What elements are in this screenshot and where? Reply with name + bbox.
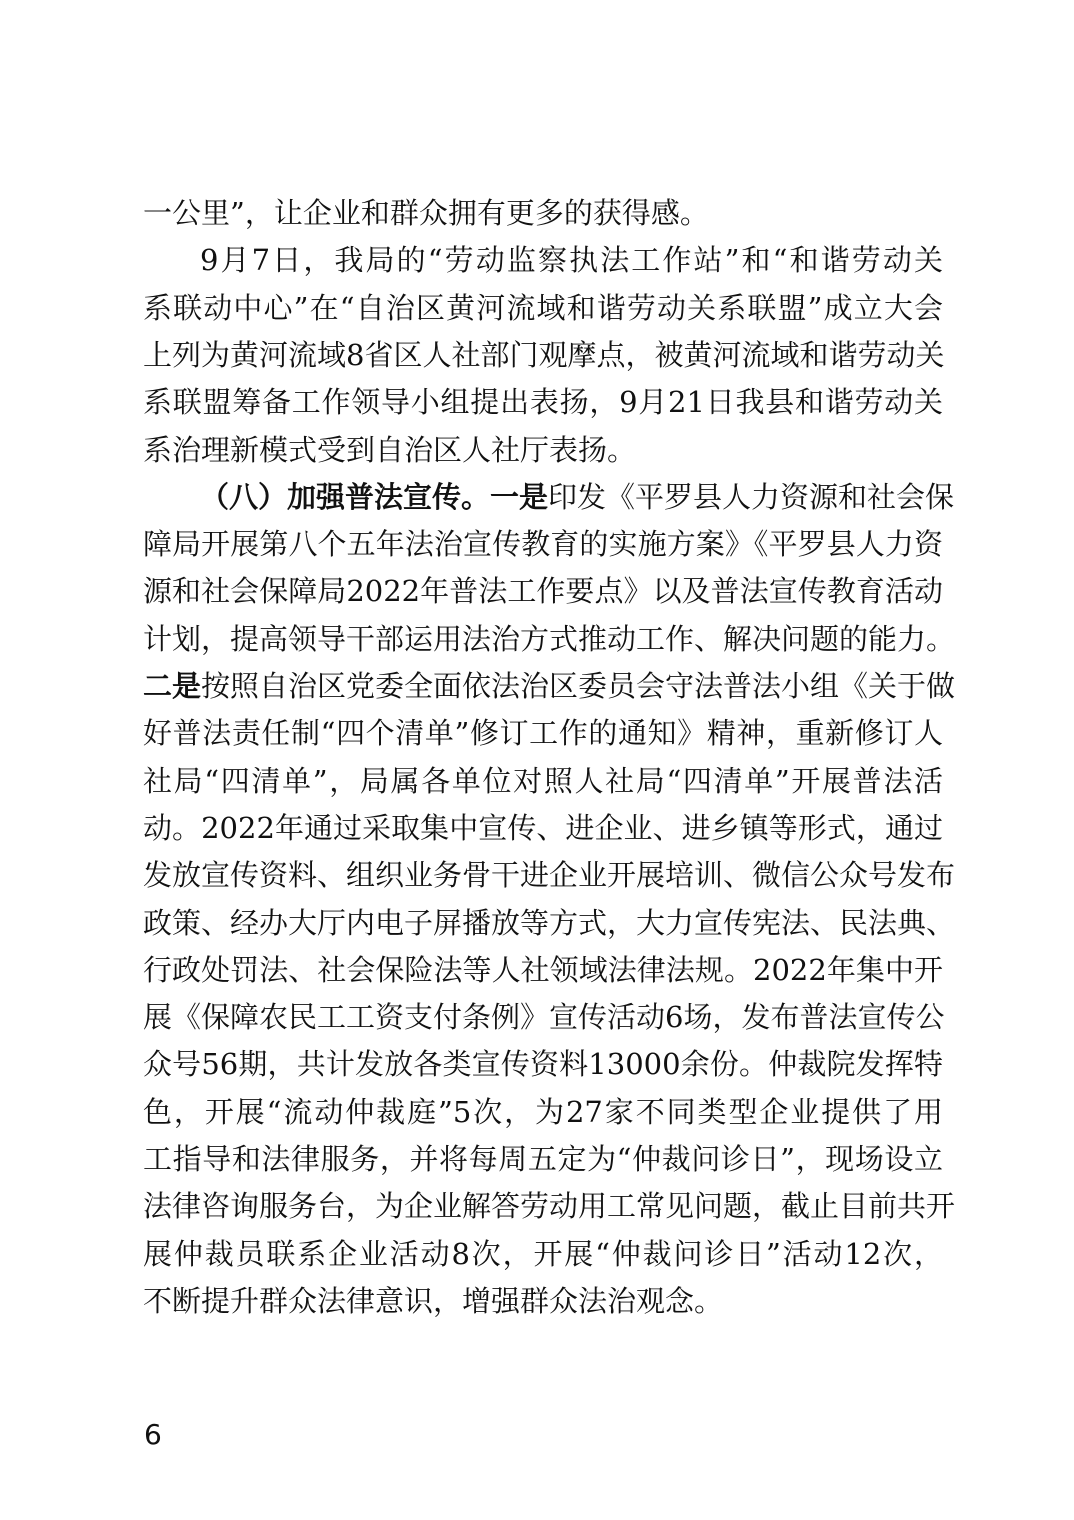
line-text: 动。2022年通过采取集中宣传、进企业、进乡镇等形式，通过: [143, 811, 943, 845]
text-line: 不断提升群众法律意识，增强群众法治观念。: [143, 1281, 943, 1321]
line-text: 行政处罚法、社会保险法等人社领域法律法规。2022年集中开: [143, 953, 943, 987]
line-text: 计划，提高领导干部运用法治方式推动工作、解决问题的能力。: [143, 622, 955, 656]
text-line: 一公里”，让企业和群众拥有更多的获得感。: [143, 193, 943, 233]
text-line: 众号56期，共计发放各类宣传资料13000余份。仲裁院发挥特: [143, 1044, 943, 1084]
line-text: 系联盟筹备工作领导小组提出表扬，9月21日我县和谐劳动关: [143, 385, 943, 419]
line-text: 展《保障农民工工资支付条例》宣传活动6场，发布普法宣传公: [143, 1000, 944, 1034]
text-line: 好普法责任制“四个清单”修订工作的通知》精神，重新修订人: [143, 713, 943, 753]
text-line: 展《保障农民工工资支付条例》宣传活动6场，发布普法宣传公: [143, 997, 943, 1037]
text-line: 系治理新模式受到自治区人社厅表扬。: [143, 430, 943, 470]
line-text: 系治理新模式受到自治区人社厅表扬。: [143, 433, 636, 467]
line-text: 印发《平罗县人力资源和社会保: [548, 480, 954, 514]
document-page: 一公里”，让企业和群众拥有更多的获得感。9月7日，我局的“劳动监察执法工作站”和…: [0, 0, 1074, 1520]
text-line: 行政处罚法、社会保险法等人社领域法律法规。2022年集中开: [143, 950, 943, 990]
line-text: 9月7日，我局的“劳动监察执法工作站”和“和谐劳动关: [200, 243, 943, 277]
text-line: （八）加强普法宣传。一是印发《平罗县人力资源和社会保: [200, 477, 943, 517]
text-line: 二是按照自治区党委全面依法治区委员会守法普法小组《关于做: [143, 666, 943, 706]
text-line: 社局“四清单”，局属各单位对照人社局“四清单”开展普法活: [143, 761, 943, 801]
text-line: 计划，提高领导干部运用法治方式推动工作、解决问题的能力。: [143, 619, 943, 659]
line-text: 法律咨询服务台，为企业解答劳动用工常见问题，截止目前共开: [143, 1189, 955, 1223]
line-text: 系联动中心”在“自治区黄河流域和谐劳动关系联盟”成立大会: [143, 291, 943, 325]
line-text: 色，开展“流动仲裁庭”5次，为27家不同类型企业提供了用: [143, 1095, 943, 1129]
line-text: 社局“四清单”，局属各单位对照人社局“四清单”开展普法活: [143, 764, 943, 798]
line-text: 众号56期，共计发放各类宣传资料13000余份。仲裁院发挥特: [143, 1047, 943, 1081]
line-text: 发放宣传资料、组织业务骨干进企业开展培训、微信公众号发布: [143, 858, 955, 892]
text-line: 障局开展第八个五年法治宣传教育的实施方案》《平罗县人力资: [143, 524, 943, 564]
bold-heading: （八）加强普法宣传。一是: [200, 480, 548, 514]
text-line: 工指导和法律服务，并将每周五定为“仲裁问诊日”，现场设立: [143, 1139, 943, 1179]
text-line: 系联盟筹备工作领导小组提出表扬，9月21日我县和谐劳动关: [143, 382, 943, 422]
text-line: 上列为黄河流域8省区人社部门观摩点，被黄河流域和谐劳动关: [143, 335, 943, 375]
line-text: 按照自治区党委全面依法治区委员会守法普法小组《关于做: [201, 669, 955, 703]
text-line: 系联动中心”在“自治区黄河流域和谐劳动关系联盟”成立大会: [143, 288, 943, 328]
bold-heading: 二是: [143, 669, 201, 703]
line-text: 源和社会保障局2022年普法工作要点》以及普法宣传教育活动: [143, 574, 943, 608]
page-number: 6: [144, 1418, 162, 1451]
line-text: 上列为黄河流域8省区人社部门观摩点，被黄河流域和谐劳动关: [143, 338, 944, 372]
text-line: 发放宣传资料、组织业务骨干进企业开展培训、微信公众号发布: [143, 855, 943, 895]
text-line: 源和社会保障局2022年普法工作要点》以及普法宣传教育活动: [143, 571, 943, 611]
text-line: 法律咨询服务台，为企业解答劳动用工常见问题，截止目前共开: [143, 1186, 943, 1226]
line-text: 政策、经办大厅内电子屏播放等方式，大力宣传宪法、民法典、: [143, 906, 955, 940]
text-line: 展仲裁员联系企业活动8次，开展“仲裁问诊日”活动12次，: [143, 1234, 943, 1274]
text-line: 动。2022年通过采取集中宣传、进企业、进乡镇等形式，通过: [143, 808, 943, 848]
line-text: 好普法责任制“四个清单”修订工作的通知》精神，重新修订人: [143, 716, 943, 750]
text-line: 政策、经办大厅内电子屏播放等方式，大力宣传宪法、民法典、: [143, 903, 943, 943]
line-text: 障局开展第八个五年法治宣传教育的实施方案》《平罗县人力资: [143, 527, 943, 561]
line-text: 工指导和法律服务，并将每周五定为“仲裁问诊日”，现场设立: [143, 1142, 943, 1176]
line-text: 不断提升群众法律意识，增强群众法治观念。: [143, 1284, 723, 1318]
text-line: 色，开展“流动仲裁庭”5次，为27家不同类型企业提供了用: [143, 1092, 943, 1132]
text-line: 9月7日，我局的“劳动监察执法工作站”和“和谐劳动关: [200, 240, 943, 280]
line-text: 一公里”，让企业和群众拥有更多的获得感。: [143, 196, 709, 230]
line-text: 展仲裁员联系企业活动8次，开展“仲裁问诊日”活动12次，: [143, 1237, 943, 1271]
